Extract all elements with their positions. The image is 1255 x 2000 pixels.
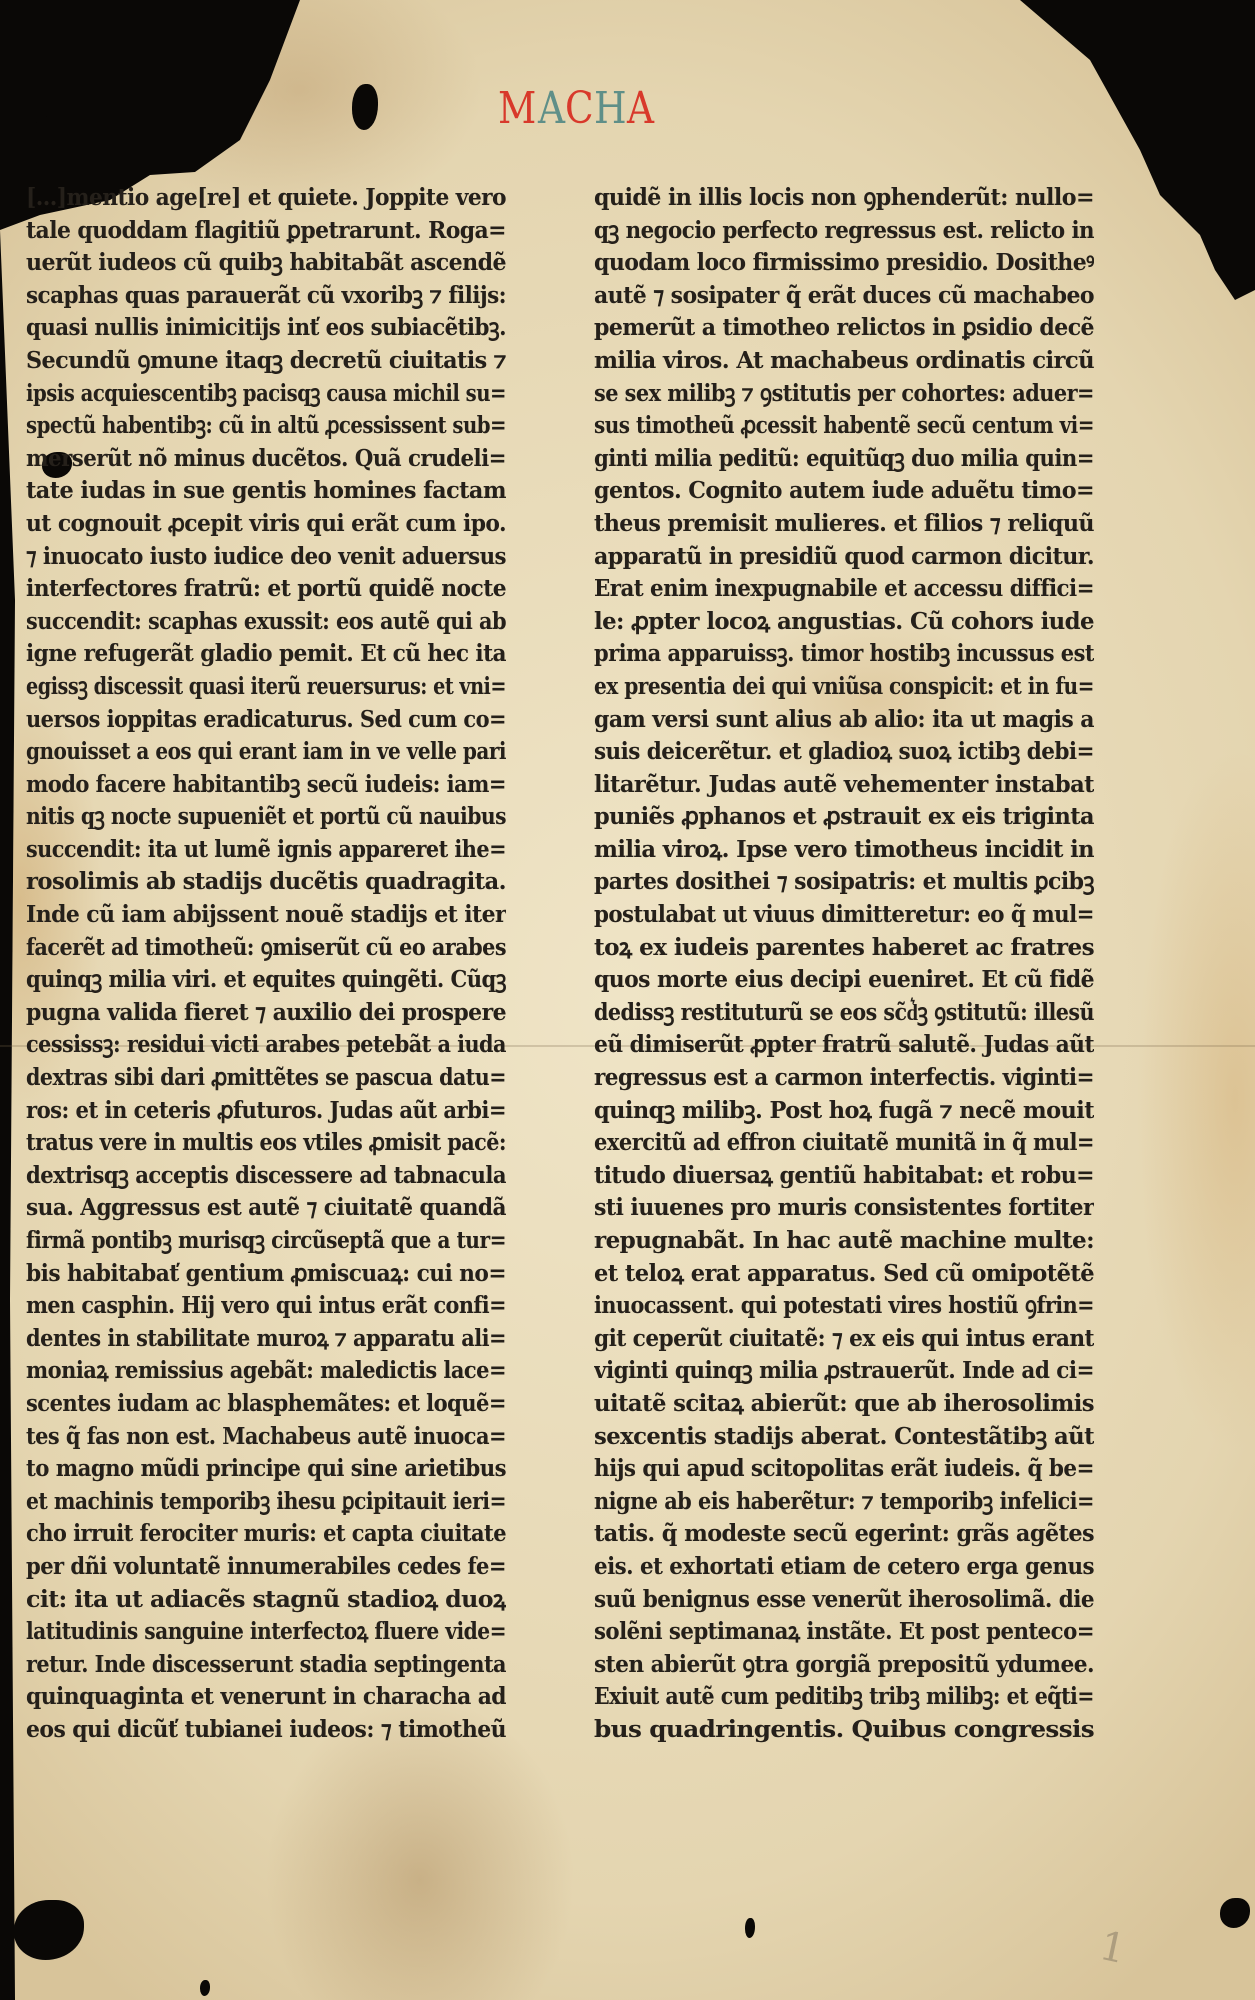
text-line: retur. Inde discesserunt stadia septinge… [26,1649,506,1682]
text-line: tatis. q̃ modeste secũ egerint: grãs agẽ… [594,1518,1094,1551]
running-head-letter: A [627,84,655,134]
text-line: dextras sibi dari ꝓmittẽtes se pascua da… [26,1062,506,1095]
text-line: et teloꝝ erat apparatus. Sed cũ omipotẽt… [594,1258,1094,1291]
text-line-content: postulabat ut viuus dimitteretur: eo q̃ … [594,899,1094,932]
text-line: tale quoddam flagitiũ ꝑpetrarunt. Roga= [26,215,506,248]
text-line: pugna valida fieret ⁊ auxilio dei prospe… [26,997,506,1030]
text-line: quinqꝫ milia viri. et equites quingẽti. … [26,964,506,997]
text-line: et machinis temporibꝫ ihesu ꝑcipitauit i… [26,1486,506,1519]
text-line: pemerũt a timotheo relictos in ꝑsidio de… [594,312,1094,345]
text-line: quasi nullis inimicitijs inť eos subiacẽ… [26,312,506,345]
text-column-left: [...]mentio age[re] et quiete. Joppite v… [26,182,506,1747]
text-line-content: eis. et exhortati etiam de cetero erga g… [594,1551,1094,1584]
text-line: sten abierũt ꝯtra gorgiã prepositũ ydume… [594,1649,1094,1682]
text-line-content: dextras sibi dari ꝓmittẽtes se pascua da… [26,1062,506,1095]
text-line-content: ⁊ inuocato iusto iudice deo venit aduers… [26,541,506,574]
text-line-content: eũ dimiserũt ꝓpter fratrũ salutẽ. Judas … [594,1029,1094,1062]
text-line: ⁊ inuocato iusto iudice deo venit aduers… [26,541,506,574]
text-line: cit: ita ut adiacẽs stagnũ stadioꝝ duoꝝ [26,1584,506,1617]
text-line: [...]mentio age[re] et quiete. Joppite v… [26,182,506,215]
text-line: Inde cũ iam abijssent nouẽ stadijs et it… [26,899,506,932]
text-column-right: quidẽ in illis locis non ꝯphenderũt: nul… [594,182,1094,1747]
text-line-content: toꝝ ex iudeis parentes haberet ac fratre… [594,932,1094,965]
text-line: toꝝ ex iudeis parentes haberet ac fratre… [594,932,1094,965]
text-line-content: ut cognouit ꝓcepit viris qui erãt cum ip… [26,508,506,541]
text-line-content: uersos ioppitas eradicaturus. Sed cum co… [26,704,506,737]
text-line: quinqꝫ milibꝫ. Post hoꝝ fugã ⁊ necẽ moui… [594,1095,1094,1128]
text-line-content: egissꝫ discessit quasi iterũ reuersurus:… [26,671,506,704]
text-line-content: puniẽs ꝓphanos et ꝓstrauit ex eis trigin… [594,801,1094,834]
running-head-letter: C [565,84,594,134]
text-line: sua. Aggressus est autẽ ⁊ ciuitatẽ quand… [26,1192,506,1225]
text-line: prima apparuissꝫ. timor hostibꝫ incussus… [594,638,1094,671]
text-line: sus timotheũ ꝓcessit habentẽ secũ centum… [594,410,1094,443]
text-line-content: sti iuuenes pro muris consistentes forti… [594,1192,1094,1225]
text-line-content: quinquaginta et venerunt in characha ad [26,1681,506,1714]
text-line: Exiuit autẽ cum peditibꝫ tribꝫ milibꝫ: e… [594,1681,1094,1714]
text-line-content: litarẽtur. Judas autẽ vehementer instaba… [594,769,1094,802]
text-line-content: dedissꝫ restituturũ se eos sc̃d͛ꝫ ꝯstitu… [594,997,1094,1030]
text-line: sexcentis stadijs aberat. Contestãtibꝫ a… [594,1421,1094,1454]
text-line-content: ros: et in ceteris ꝓfuturos. Judas aũt a… [26,1095,506,1128]
text-line-content: spectũ habentibꝫ: cũ in altũ ꝓcessissent… [26,410,506,443]
text-line: gnouisset a eos qui erant iam in ve vell… [26,736,506,769]
text-line-content: gentos. Cognito autem iude aduẽtu timo= [594,475,1094,508]
text-line: merserũt nõ minus ducẽtos. Quã crudeli= [26,443,506,476]
text-line-content: per dñi voluntatẽ innumerabiles cedes fe… [26,1551,506,1584]
text-line-content: hijs qui apud scitopolitas erãt iudeis. … [594,1453,1094,1486]
text-line: litarẽtur. Judas autẽ vehementer instaba… [594,769,1094,802]
running-head: MACHA [498,84,654,134]
text-line: ginti milia peditũ: equitũqꝫ duo milia q… [594,443,1094,476]
text-line: sti iuuenes pro muris consistentes forti… [594,1192,1094,1225]
text-line-content: titudo diuersaꝝ gentiũ habitabat: et rob… [594,1160,1094,1193]
text-line-content: cho irruit ferociter muris: et capta ciu… [26,1518,506,1551]
text-line: interfectores fratrũ: et portũ quidẽ noc… [26,573,506,606]
text-line-content: to magno mũdi principe qui sine arietibu… [26,1453,506,1486]
text-line: egissꝫ discessit quasi iterũ reuersurus:… [26,671,506,704]
running-head-letter: A [538,84,566,134]
text-line-content: eos qui dicũť tubianei iudeos: ⁊ timothe… [26,1714,506,1747]
text-line: partes dosithei ⁊ sosipatris: et multis … [594,866,1094,899]
text-line: regressus est a carmon interfectis. vigi… [594,1062,1094,1095]
text-line-content: scentes iudam ac blasphemãtes: et loquẽ= [26,1388,506,1421]
text-line-content: gam versi sunt alius ab alio: ita ut mag… [594,704,1094,737]
text-line-content: gnouisset a eos qui erant iam in ve vell… [26,736,506,769]
text-line: apparatũ in presidiũ quod carmon dicitur… [594,541,1094,574]
text-line: men casphin. Hij vero qui intus erãt con… [26,1290,506,1323]
text-line-content: git ceperũt ciuitatẽ: ⁊ ex eis qui intus… [594,1323,1094,1356]
text-line-content: Exiuit autẽ cum peditibꝫ tribꝫ milibꝫ: e… [594,1681,1094,1714]
text-line-content: tratus vere in multis eos vtiles ꝓmisit … [26,1127,506,1160]
text-line: spectũ habentibꝫ: cũ in altũ ꝓcessissent… [26,410,506,443]
text-line-content: pugna valida fieret ⁊ auxilio dei prospe… [26,997,506,1030]
text-line: succendit: scaphas exussit: eos autẽ qui… [26,606,506,639]
text-line-content: uitatẽ scitaꝝ abierũt: que ab iherosolim… [594,1388,1094,1421]
text-line: moniaꝝ remissius agebãt: maledictis lace… [26,1355,506,1388]
text-line-content: exercitũ ad effron ciuitatẽ munitã in q̃… [594,1127,1094,1160]
text-line-content: scaphas quas parauerãt cũ vxoribꝫ ⁊ fili… [26,280,506,313]
text-line: bis habitabať gentium ꝓmiscuaꝝ: cui no= [26,1258,506,1291]
text-line-content: viginti quinqꝫ milia ꝓstrauerũt. Inde ad… [594,1355,1094,1388]
running-head-letter: M [498,84,537,134]
text-line: uersos ioppitas eradicaturus. Sed cum co… [26,704,506,737]
text-line: Erat enim inexpugnabile et accessu diffi… [594,573,1094,606]
text-line: suis deicerẽtur. et gladioꝝ suoꝝ ictibꝫ … [594,736,1094,769]
text-line-content: [...]mentio age[re] et quiete. Joppite v… [26,182,506,215]
text-line-content: regressus est a carmon interfectis. vigi… [594,1062,1094,1095]
text-line: ros: et in ceteris ꝓfuturos. Judas aũt a… [26,1095,506,1128]
text-line: dentes in stabilitate muroꝝ ⁊ apparatu a… [26,1323,506,1356]
text-line: le: ꝓpter locoꝝ angustias. Cũ cohors iud… [594,606,1094,639]
text-line: dedissꝫ restituturũ se eos sc̃d͛ꝫ ꝯstitu… [594,997,1094,1030]
text-line-content: tes q̃ fas non est. Machabeus autẽ inuoc… [26,1421,506,1454]
text-line: eis. et exhortati etiam de cetero erga g… [594,1551,1094,1584]
text-line: cessissꝫ: residui victi arabes petebãt a… [26,1029,506,1062]
text-line-content: latitudinis sanguine interfectoꝝ fluere … [26,1616,506,1649]
text-line-content: retur. Inde discesserunt stadia septinge… [26,1649,506,1682]
text-line-content: autẽ ⁊ sosipater q̃ erãt duces cũ machab… [594,280,1094,313]
text-line: succendit: ita ut lumẽ ignis appareret i… [26,834,506,867]
text-line-content: cessissꝫ: residui victi arabes petebãt a… [26,1029,506,1062]
text-line-content: inuocassent. qui potestati vires hostiũ … [594,1290,1094,1323]
text-line: se sex milibꝫ ⁊ ꝯstitutis per cohortes: … [594,378,1094,411]
text-line: quodam loco firmissimo presidio. Dosithe… [594,247,1094,280]
text-line: postulabat ut viuus dimitteretur: eo q̃ … [594,899,1094,932]
text-line-content: milia viros. At machabeus ordinatis circ… [594,345,1094,378]
text-line-content: suis deicerẽtur. et gladioꝝ suoꝝ ictibꝫ … [594,736,1094,769]
text-line: theus premisit mulieres. et filios ⁊ rel… [594,508,1094,541]
text-line: qꝫ negocio perfecto regressus est. relic… [594,215,1094,248]
text-line-content: sua. Aggressus est autẽ ⁊ ciuitatẽ quand… [26,1192,506,1225]
text-line: exercitũ ad effron ciuitatẽ munitã in q̃… [594,1127,1094,1160]
text-line-content: prima apparuissꝫ. timor hostibꝫ incussus… [594,638,1094,671]
text-line-content: nigne ab eis haberẽtur: ⁊ temporibꝫ infe… [594,1486,1094,1519]
text-line-content: quinqꝫ milia viri. et equites quingẽti. … [26,964,506,997]
text-line-content: uerũt iudeos cũ quibꝫ habitabãt ascendẽ [26,247,506,280]
text-line: gentos. Cognito autem iude aduẽtu timo= [594,475,1094,508]
text-line-content: le: ꝓpter locoꝝ angustias. Cũ cohors iud… [594,606,1094,639]
text-line: titudo diuersaꝝ gentiũ habitabat: et rob… [594,1160,1094,1193]
text-line-content: theus premisit mulieres. et filios ⁊ rel… [594,508,1094,541]
text-line-content: tatis. q̃ modeste secũ egerint: grãs agẽ… [594,1518,1094,1551]
text-line-content: pemerũt a timotheo relictos in ꝑsidio de… [594,312,1094,345]
text-line-content: quinqꝫ milibꝫ. Post hoꝝ fugã ⁊ necẽ moui… [594,1095,1094,1128]
text-line: tratus vere in multis eos vtiles ꝓmisit … [26,1127,506,1160]
text-line-content: merserũt nõ minus ducẽtos. Quã crudeli= [26,443,506,476]
text-line-content: Secundũ ꝯmune itaqꝫ decretũ ciuitatis ⁊ [26,345,506,378]
text-line-content: solẽni septimanaꝝ instãte. Et post pente… [594,1616,1094,1649]
text-line-content: igne refugerãt gladio pemit. Et cũ hec i… [26,638,506,671]
text-line: puniẽs ꝓphanos et ꝓstrauit ex eis trigin… [594,801,1094,834]
text-line-content: ipsis acquiescentibꝫ pacisqꝫ causa michi… [26,378,506,411]
text-line: suũ benignus esse venerũt iherosolimã. d… [594,1584,1094,1617]
text-line-content: quasi nullis inimicitijs inť eos subiacẽ… [26,312,506,345]
text-line-content: dextrisqꝫ acceptis discessere ad tabnacu… [26,1160,506,1193]
text-line-content: quidẽ in illis locis non ꝯphenderũt: nul… [594,182,1094,215]
text-line-content: milia viroꝝ. Ipse vero timotheus incidit… [594,834,1094,867]
text-line: hijs qui apud scitopolitas erãt iudeis. … [594,1453,1094,1486]
text-line: milia viroꝝ. Ipse vero timotheus incidit… [594,834,1094,867]
text-line-content: Erat enim inexpugnabile et accessu diffi… [594,573,1094,606]
text-line: ex presentia dei qui vniũsa conspicit: e… [594,671,1094,704]
text-line: inuocassent. qui potestati vires hostiũ … [594,1290,1094,1323]
text-line: ipsis acquiescentibꝫ pacisqꝫ causa michi… [26,378,506,411]
text-line: tate iudas in sue gentis homines factam [26,475,506,508]
text-line-content: interfectores fratrũ: et portũ quidẽ noc… [26,573,506,606]
text-line: quinquaginta et venerunt in characha ad [26,1681,506,1714]
text-line: ut cognouit ꝓcepit viris qui erãt cum ip… [26,508,506,541]
text-line-content: repugnabãt. In hac autẽ machine multe: [594,1225,1094,1258]
text-line-content: dentes in stabilitate muroꝝ ⁊ apparatu a… [26,1323,506,1356]
text-line: dextrisqꝫ acceptis discessere ad tabnacu… [26,1160,506,1193]
text-line: quos morte eius decipi eueniret. Et cũ f… [594,964,1094,997]
text-line-content: cit: ita ut adiacẽs stagnũ stadioꝝ duoꝝ [26,1584,506,1617]
text-line-content: partes dosithei ⁊ sosipatris: et multis … [594,866,1094,899]
text-line: milia viros. At machabeus ordinatis circ… [594,345,1094,378]
text-line: nitis qꝫ nocte supueniẽt et portũ cũ nau… [26,801,506,834]
text-line: quidẽ in illis locis non ꝯphenderũt: nul… [594,182,1094,215]
text-line: to magno mũdi principe qui sine arietibu… [26,1453,506,1486]
text-line-content: quos morte eius decipi eueniret. Et cũ f… [594,964,1094,997]
text-line: autẽ ⁊ sosipater q̃ erãt duces cũ machab… [594,280,1094,313]
text-line-content: firmã pontibꝫ murisqꝫ circũseptã que a t… [26,1225,506,1258]
text-line-content: et teloꝝ erat apparatus. Sed cũ omipotẽt… [594,1258,1094,1291]
running-head-letter: H [594,84,627,134]
text-line: eũ dimiserũt ꝓpter fratrũ salutẽ. Judas … [594,1029,1094,1062]
text-line: Secundũ ꝯmune itaqꝫ decretũ ciuitatis ⁊ [26,345,506,378]
text-line-content: suũ benignus esse venerũt iherosolimã. d… [594,1584,1094,1617]
text-line-content: rosolimis ab stadijs ducẽtis quadragita. [26,866,506,899]
text-line: scaphas quas parauerãt cũ vxoribꝫ ⁊ fili… [26,280,506,313]
text-line: git ceperũt ciuitatẽ: ⁊ ex eis qui intus… [594,1323,1094,1356]
text-line: eos qui dicũť tubianei iudeos: ⁊ timothe… [26,1714,506,1747]
text-line-content: apparatũ in presidiũ quod carmon dicitur… [594,541,1094,574]
text-line: gam versi sunt alius ab alio: ita ut mag… [594,704,1094,737]
text-line-content: sus timotheũ ꝓcessit habentẽ secũ centum… [594,410,1094,443]
text-line: nigne ab eis haberẽtur: ⁊ temporibꝫ infe… [594,1486,1094,1519]
text-line-content: et machinis temporibꝫ ihesu ꝑcipitauit i… [26,1486,506,1519]
text-line: bus quadringentis. Quibus congressis [594,1714,1094,1747]
text-line-content: moniaꝝ remissius agebãt: maledictis lace… [26,1355,506,1388]
text-line-content: succendit: ita ut lumẽ ignis appareret i… [26,834,506,867]
text-line: repugnabãt. In hac autẽ machine multe: [594,1225,1094,1258]
text-line-content: qꝫ negocio perfecto regressus est. relic… [594,215,1094,248]
text-line: tes q̃ fas non est. Machabeus autẽ inuoc… [26,1421,506,1454]
text-line-content: men casphin. Hij vero qui intus erãt con… [26,1290,506,1323]
text-line-content: ex presentia dei qui vniũsa conspicit: e… [594,671,1094,704]
text-line-content: sten abierũt ꝯtra gorgiã prepositũ ydume… [594,1649,1094,1682]
text-line-content: ginti milia peditũ: equitũqꝫ duo milia q… [594,443,1094,476]
text-line-content: quodam loco firmissimo presidio. Dosithe… [594,247,1094,280]
text-line: uitatẽ scitaꝝ abierũt: que ab iherosolim… [594,1388,1094,1421]
text-line: cho irruit ferociter muris: et capta ciu… [26,1518,506,1551]
text-line: rosolimis ab stadijs ducẽtis quadragita. [26,866,506,899]
text-line: uerũt iudeos cũ quibꝫ habitabãt ascendẽ [26,247,506,280]
text-line: firmã pontibꝫ murisqꝫ circũseptã que a t… [26,1225,506,1258]
text-line: latitudinis sanguine interfectoꝝ fluere … [26,1616,506,1649]
text-line-content: modo facere habitantibꝫ secũ iudeis: iam… [26,769,506,802]
text-line-content: succendit: scaphas exussit: eos autẽ qui… [26,606,506,639]
text-line: facerẽt ad timotheũ: ꝯmiserũt cũ eo arab… [26,932,506,965]
text-line-content: sexcentis stadijs aberat. Contestãtibꝫ a… [594,1421,1094,1454]
text-line: solẽni septimanaꝝ instãte. Et post pente… [594,1616,1094,1649]
text-line: igne refugerãt gladio pemit. Et cũ hec i… [26,638,506,671]
text-line: per dñi voluntatẽ innumerabiles cedes fe… [26,1551,506,1584]
text-line-content: facerẽt ad timotheũ: ꝯmiserũt cũ eo arab… [26,932,506,965]
text-line-content: bus quadringentis. Quibus congressis [594,1714,1094,1747]
text-line-content: se sex milibꝫ ⁊ ꝯstitutis per cohortes: … [594,378,1094,411]
damage-hole [36,116,50,136]
text-line-content: bis habitabať gentium ꝓmiscuaꝝ: cui no= [26,1258,506,1291]
text-line-content: Inde cũ iam abijssent nouẽ stadijs et it… [26,899,506,932]
text-line-content: tale quoddam flagitiũ ꝑpetrarunt. Roga= [26,215,506,248]
text-line: scentes iudam ac blasphemãtes: et loquẽ= [26,1388,506,1421]
text-line: modo facere habitantibꝫ secũ iudeis: iam… [26,769,506,802]
text-line-content: nitis qꝫ nocte supueniẽt et portũ cũ nau… [26,801,506,834]
text-line: viginti quinqꝫ milia ꝓstrauerũt. Inde ad… [594,1355,1094,1388]
text-line-content: tate iudas in sue gentis homines factam [26,475,506,508]
